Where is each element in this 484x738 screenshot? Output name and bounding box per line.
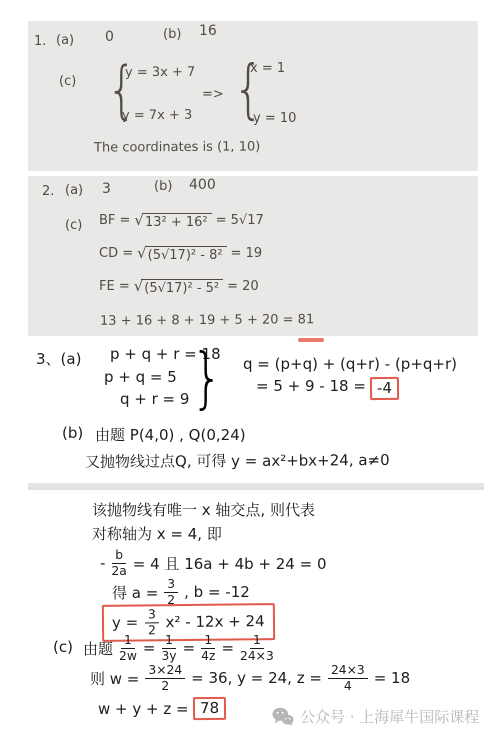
- q2-cd-result: = 19: [231, 246, 263, 261]
- fraction-numerator: 1: [250, 634, 264, 649]
- q3a-derivation-2-text: = 5 + 9 - 18 =: [256, 377, 366, 395]
- q3c-prefix: 由题: [83, 638, 113, 659]
- q3a-equation-3: q + r = 9: [120, 390, 189, 408]
- q1-equation-1: y = 3x + 7: [125, 65, 195, 80]
- q1-conclusion: The coordinates is (1, 10): [94, 139, 260, 155]
- q3c-values-line: 则 w = 3×242 = 36, y = 24, z = 24×34 = 18: [90, 664, 410, 693]
- q1-number: 1.: [34, 34, 46, 49]
- q3b-coefficients: 得 a = 32 , b = -12: [112, 578, 250, 607]
- photo-strip-2: 2. (a) 3 (b) 400 (c) BF = √13² + 16² = 5…: [28, 176, 478, 336]
- fraction-denominator: 2w: [119, 649, 137, 663]
- q3b-coefficients-pre: 得 a =: [112, 582, 158, 603]
- q1-equation-2: y = 7x + 3: [122, 108, 192, 123]
- q3c-final-pre: w + y + z =: [98, 700, 189, 718]
- q2-b-answer: 400: [189, 177, 216, 193]
- q3c-fraction-4z: 14z: [201, 634, 215, 663]
- fraction-denominator: 4z: [201, 649, 215, 663]
- q3c-fraction-z: 24×34: [328, 664, 368, 693]
- fraction-denominator: 2: [161, 679, 169, 693]
- q3b-minus-sign: -: [100, 554, 105, 572]
- q2-bf-radicand: 13² + 16²: [142, 213, 212, 230]
- fraction-numerator: 3: [164, 578, 178, 593]
- q2-sum-line: 13 + 16 + 8 + 19 + 5 + 20 = 81: [100, 312, 314, 328]
- q3b-label: (b): [62, 424, 83, 442]
- q1-a-answer: 0: [105, 29, 114, 45]
- watermark-text: 公众号 · 上海犀牛国际课程: [300, 706, 479, 727]
- q2-bf-radical: √13² + 16²: [134, 213, 211, 230]
- equals-sign: =: [183, 639, 196, 657]
- q3b-answer-post: x² - 12x + 24: [166, 612, 265, 631]
- watermark: 公众号 · 上海犀牛国际课程: [272, 706, 479, 727]
- q3b-fraction-3-2: 32: [164, 578, 178, 607]
- q3b-line-given: 由题 P(4,0) , Q(0,24): [95, 424, 246, 445]
- q1-b-label: (b): [163, 27, 181, 42]
- q3c-then: 则 w =: [90, 668, 139, 689]
- fraction-numerator: 3×24: [145, 664, 185, 679]
- q3c-answer-box: 78: [192, 697, 225, 720]
- q1-a-label: (a): [56, 33, 74, 48]
- equals-sign: =: [221, 639, 234, 657]
- q3c-fraction-3y: 13y: [161, 634, 176, 663]
- photo-strip-1: 1. (a) 0 (b) 16 (c) { y = 3x + 7 y = 7x …: [28, 21, 478, 171]
- q2-bf-result: = 5√17: [216, 213, 264, 228]
- fraction-numerator: 3: [145, 608, 159, 623]
- q3b-answer-fraction: 32: [145, 608, 159, 637]
- fraction-numerator: 1: [162, 634, 176, 649]
- q2-fe-radicand: (5√17)² - 5²: [141, 279, 223, 296]
- fraction-denominator: 24×3: [240, 649, 274, 663]
- q3c-fraction-2w: 12w: [119, 634, 137, 663]
- fraction-numerator: 24×3: [328, 664, 368, 679]
- q3b-line-unique-root: 该抛物线有唯一 x 轴交点, 则代表: [92, 499, 315, 520]
- q2-bf-lhs: BF =: [99, 213, 130, 228]
- q3b-line-parabola: 又抛物线过点Q, 可得 y = ax²+bx+24, a≠0: [85, 449, 390, 472]
- fraction-numerator: 1: [201, 634, 215, 649]
- q3b-fraction-b-2a: b2a: [111, 549, 126, 578]
- q3b-answer-pre: y =: [112, 613, 138, 631]
- q2-a-label: (a): [65, 183, 83, 198]
- q3a-system-brace: }: [191, 345, 223, 411]
- q3c-final-line: w + y + z = 78: [98, 697, 226, 720]
- q2-cd-radical: √(5√17)² - 8²: [137, 246, 226, 263]
- q3c-fraction-w: 3×242: [145, 664, 185, 693]
- q3c-label: (c): [53, 638, 73, 656]
- q3a-answer-box: -4: [370, 377, 399, 400]
- q3b-vertex-equation: - b2a = 4 且 16a + 4b + 24 = 0: [100, 549, 327, 578]
- q1-b-answer: 16: [199, 23, 217, 39]
- homework-screenshot: 1. (a) 0 (b) 16 (c) { y = 3x + 7 y = 7x …: [0, 0, 484, 738]
- q3c-values-end: = 18: [374, 669, 410, 687]
- q2-fe-lhs: FE =: [99, 279, 130, 294]
- q3a-derivation-1: q = (p+q) + (q+r) - (p+q+r): [243, 355, 457, 373]
- q2-bf-line: BF = √13² + 16² = 5√17: [99, 213, 264, 230]
- q2-fe-radical: √(5√17)² - 5²: [134, 279, 223, 296]
- q2-cd-radicand: (5√17)² - 8²: [145, 246, 227, 263]
- q3a-label: 3、(a): [36, 348, 81, 369]
- q3c-fraction-24x3: 124×3: [240, 634, 274, 663]
- fraction-numerator: b: [112, 549, 126, 564]
- q3c-values-mid: = 36, y = 24, z =: [191, 669, 322, 687]
- q3b-vertex-equation-rest: = 4 且 16a + 4b + 24 = 0: [133, 553, 327, 574]
- q1-implies-arrow: =>: [202, 87, 224, 102]
- q2-fe-line: FE = √(5√17)² - 5² = 20: [99, 279, 259, 296]
- q2-b-label: (b): [154, 179, 172, 194]
- q3c-ratio-line: 由题 12w = 13y = 14z = 124×3: [83, 634, 276, 663]
- wechat-icon: [272, 707, 294, 726]
- fraction-denominator: 4: [344, 679, 352, 693]
- q2-fe-result: = 20: [227, 279, 259, 294]
- q3a-derivation-2: = 5 + 9 - 18 = -4: [256, 377, 399, 400]
- q2-a-answer: 3: [102, 181, 111, 197]
- q3b-line-axis: 对称轴为 x = 4, 即: [92, 523, 222, 544]
- fraction-numerator: 1: [121, 634, 135, 649]
- q1-c-label: (c): [59, 74, 76, 89]
- q2-cd-line: CD = √(5√17)² - 8² = 19: [99, 246, 262, 263]
- q2-number: 2.: [42, 184, 54, 199]
- photo-strip-sliver: [28, 483, 484, 490]
- fraction-denominator: 2a: [111, 564, 126, 578]
- fraction-denominator: 3y: [161, 649, 176, 663]
- q3b-coefficients-post: , b = -12: [184, 583, 250, 601]
- q2-cd-lhs: CD =: [99, 246, 133, 261]
- red-underline-mark: [298, 338, 324, 342]
- q1-solution-y: y = 10: [253, 111, 296, 126]
- equals-sign: =: [143, 639, 156, 657]
- q1-solution-x: x = 1: [250, 61, 285, 76]
- q2-c-label: (c): [65, 218, 82, 233]
- q3a-equation-2: p + q = 5: [104, 368, 177, 386]
